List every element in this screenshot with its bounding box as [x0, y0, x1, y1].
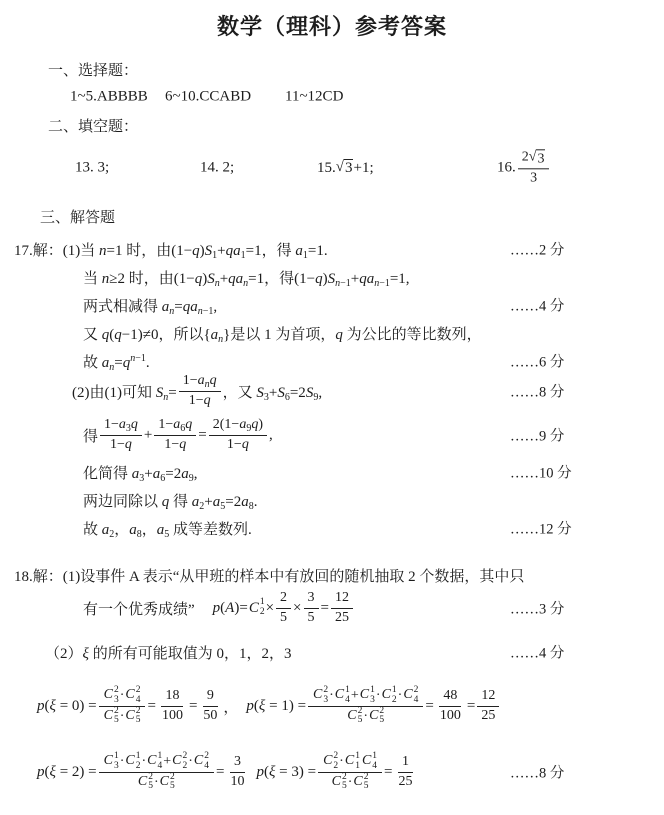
sqrt-expression: √3	[529, 149, 546, 168]
fraction-numerator: C22·C11C14	[318, 752, 382, 773]
combination-supsub: 24	[136, 686, 141, 706]
fraction-numerator: 48	[439, 687, 461, 706]
fraction: C23·C14+C13·C12·C24C25·C25	[308, 686, 423, 727]
section-heading-fill-in-blank: 二、填空题：	[0, 114, 664, 136]
line-content: 故 a2，a8，a5 成等差数列.	[83, 518, 252, 539]
combination-symbol: C25	[347, 707, 362, 727]
q17-line-2: 当 n≥2 时，由(1−q)Sn+qan=1，得(1−q)Sn−1+qan−1=…	[0, 266, 664, 288]
line-content: 当 n≥2 时，由(1−q)Sn+qan=1，得(1−q)Sn−1+qan−1=…	[83, 267, 410, 288]
text-run: p(ξ = 2) =	[37, 764, 97, 781]
score-mark: ……12 分	[510, 518, 572, 539]
math-variable: a	[198, 373, 205, 388]
math-variable: a	[129, 522, 137, 538]
math-variable: n	[198, 306, 203, 317]
math-variable: C	[125, 686, 134, 704]
text-run: p(ξ = 1) =	[246, 698, 306, 715]
text-run: 两边同除以 q 得 a2+a5=2a8.	[83, 490, 257, 511]
text-run: 5	[358, 716, 363, 726]
subscript: 8	[249, 501, 254, 512]
text-run: ·	[141, 753, 146, 768]
answer-item: 1~5.ABBBB	[70, 89, 148, 106]
math-variable: C	[335, 686, 344, 704]
fraction-denominator: 25	[395, 773, 417, 791]
fraction-numerator: 2	[276, 589, 291, 608]
math-variable: C	[382, 686, 391, 704]
fraction: 1−a6q1−q	[154, 416, 196, 453]
math-variable: C	[323, 752, 332, 770]
text-run: ·	[120, 708, 125, 723]
text-run: =	[425, 698, 433, 715]
text-run: ,	[269, 427, 273, 444]
text-run: 3	[370, 696, 375, 706]
q18-line-2: 有一个优秀成绩”p(A)=C12×25×35=1225……3 分	[0, 585, 664, 631]
subscript: n−1	[335, 278, 351, 289]
combination-supsub: 23	[323, 686, 328, 706]
math-variable: qa	[228, 271, 243, 287]
combination-symbol: C25	[138, 773, 153, 793]
text-run: 2	[522, 149, 529, 164]
math-variable: n	[218, 334, 223, 345]
text-run: 得	[83, 425, 98, 446]
fraction-numerator: 12	[477, 687, 499, 706]
math-variable: C	[249, 600, 259, 617]
q18-line-3: （2）ξ 的所有可能取值为 0，1，2，3……4 分	[0, 641, 664, 663]
text-run: 5	[114, 716, 119, 726]
score-mark: ……2 分	[510, 239, 564, 260]
fraction-denominator: 25	[331, 609, 353, 627]
text-run: 6~10.CCABD	[165, 89, 251, 106]
fraction-denominator: 25	[477, 707, 499, 725]
math-variable: n	[169, 306, 174, 317]
math-variable: n	[374, 278, 379, 289]
fraction: C13·C12·C14+C22·C24C25·C25	[99, 752, 214, 793]
combination-supsub: 12	[260, 598, 265, 618]
line-content: 有一个优秀成绩”p(A)=C12×25×35=1225	[83, 589, 355, 626]
fraction-denominator: 100	[436, 707, 465, 725]
text-run: ，又 S3+S6=2S9,	[223, 381, 322, 402]
combination-supsub: 25	[364, 773, 369, 793]
math-variable: qa	[359, 271, 374, 287]
text-run: 2	[392, 696, 397, 706]
math-variable: A	[225, 600, 234, 616]
line-content: 二、填空题：	[48, 115, 138, 136]
combination-symbol: C14	[362, 752, 377, 772]
fraction: 950	[199, 687, 221, 724]
text-run: ·	[154, 774, 159, 789]
sqrt-expression: √3	[336, 159, 354, 177]
text-run: 5	[136, 716, 141, 726]
text-run: 14. 2;	[200, 160, 234, 177]
subscript: 1	[241, 250, 246, 261]
text-run: +	[144, 427, 152, 444]
math-variable: n	[130, 353, 135, 364]
fraction: 1225	[331, 589, 353, 626]
text-run: 4	[136, 696, 141, 706]
math-variable: ξ	[50, 764, 56, 780]
text-run: 2	[182, 762, 187, 772]
text-run: 13. 3;	[75, 160, 109, 177]
math-variable: p	[256, 764, 264, 780]
subscript: 1	[212, 250, 217, 261]
text-run: 3	[323, 696, 328, 706]
math-variable: C	[194, 752, 203, 770]
score-mark: ……9 分	[510, 425, 564, 446]
text-run: 5	[342, 782, 347, 792]
text-run: 4	[204, 762, 209, 772]
fraction: 18100	[158, 687, 187, 724]
text-run: 4	[345, 696, 350, 706]
text-run: 化简得 a3+a6=2a9,	[83, 462, 197, 483]
combination-supsub: 12	[392, 686, 397, 706]
subscript: n	[215, 278, 220, 289]
text-run: p(ξ = 0) =	[37, 698, 97, 715]
math-variable: q	[315, 271, 323, 287]
fraction-numerator: 12	[331, 589, 353, 608]
line-content: 又 q(q−1)≠0，所以{an}是以 1 为首项，q 为公比的等比数列，	[83, 323, 482, 344]
math-variable: n	[243, 278, 248, 289]
text-run: ·	[120, 687, 125, 702]
combination-supsub: 25	[148, 773, 153, 793]
combination-symbol: C25	[332, 773, 347, 793]
line-content: p(ξ = 0) = C23·C24C25·C25 = 18100 = 950，…	[37, 686, 501, 727]
text-run: p(A)=	[213, 600, 248, 617]
text-run: 4	[372, 762, 377, 772]
fraction-numerator: C23·C14+C13·C12·C24	[308, 686, 423, 707]
combination-symbol: C25	[369, 707, 384, 727]
combination-supsub: 24	[414, 686, 419, 706]
math-variable: n	[163, 392, 168, 403]
math-variable: q	[242, 437, 249, 452]
text-run: 2	[260, 608, 265, 618]
math-variable: C	[345, 752, 354, 770]
text-run: 11~12CD	[285, 89, 343, 106]
subscript: n	[218, 334, 223, 345]
subscript: 2	[199, 501, 204, 512]
q17-line-4: 又 q(q−1)≠0，所以{an}是以 1 为首项，q 为公比的等比数列，	[0, 322, 664, 344]
math-variable: p	[246, 698, 254, 714]
text-run: 5	[170, 782, 175, 792]
text-run: 3	[114, 696, 119, 706]
subscript: n	[205, 379, 210, 390]
fraction-denominator: C25·C25	[342, 707, 389, 727]
score-mark: ……8 分	[510, 381, 564, 402]
answer-item: 6~10.CCABD	[165, 89, 251, 106]
q18-line-1: 18.解：(1)设事件 A 表示“从甲班的样本中有放回的随机抽取 2 个数据，其…	[0, 564, 664, 586]
fraction: 2(1−a9q)1−q	[209, 416, 267, 453]
combination-symbol: C22	[323, 752, 338, 772]
text-run: 3	[114, 762, 119, 772]
text-run: 当 n≥2 时，由(1−q)Sn+qan=1，得(1−q)Sn−1+qan−1=…	[83, 267, 410, 288]
combination-symbol: C24	[194, 752, 209, 772]
text-run: 4	[414, 696, 419, 706]
line-content: (2)由(1)可知 Sn=1−anq1−q，又 S3+S6=2S9,	[72, 372, 322, 409]
text-run: +1;	[353, 160, 373, 177]
line-content: 化简得 a3+a6=2a9,	[83, 462, 197, 483]
text-run: 一、选择题：	[48, 59, 138, 80]
fraction-denominator: 10	[226, 773, 248, 791]
line-content: 两边同除以 q 得 a2+a5=2a8.	[83, 490, 257, 511]
text-run: ×	[266, 600, 274, 617]
math-variable: a	[181, 466, 189, 482]
combination-symbol: C14	[335, 686, 350, 706]
text-run: ·	[363, 708, 368, 723]
text-run: 5	[379, 716, 384, 726]
fraction-denominator: 3	[526, 170, 541, 188]
combination-supsub: 13	[370, 686, 375, 706]
q17-line-9: 两边同除以 q 得 a2+a5=2a8.	[0, 489, 664, 511]
subscript: 6	[160, 473, 165, 484]
fraction: 1225	[477, 687, 499, 724]
text-run: ×	[293, 600, 301, 617]
text-run: 1	[355, 762, 360, 772]
math-variable: a	[119, 417, 126, 432]
subscript: 3	[126, 423, 131, 434]
combination-symbol: C12	[125, 752, 140, 772]
combination-supsub: 14	[372, 752, 377, 772]
math-variable: C	[138, 773, 147, 791]
text-run: ·	[120, 753, 125, 768]
combination-symbol: C22	[172, 752, 187, 772]
fraction-denominator: 50	[199, 707, 221, 725]
fraction-numerator: C13·C12·C14+C22·C24	[99, 752, 214, 773]
math-variable: C	[147, 752, 156, 770]
math-variable: qa	[183, 299, 198, 315]
answer-item: 13. 3;	[75, 160, 109, 177]
text-run: 2	[136, 762, 141, 772]
combination-symbol: C24	[403, 686, 418, 706]
text-run: =	[216, 764, 224, 781]
score-mark: ……3 分	[510, 598, 564, 619]
math-variable: C	[172, 752, 181, 770]
fraction-numerator: C23·C24	[99, 686, 146, 707]
math-variable: a	[241, 494, 249, 510]
superscript: n−1	[130, 353, 146, 364]
q17-line-3: 两式相减得 an=qan−1,……4 分	[0, 294, 664, 316]
fraction-numerator: 1−a3q	[100, 416, 142, 435]
text-run: =	[467, 698, 475, 715]
radicand: 3	[344, 159, 354, 177]
subscript: 5	[220, 501, 225, 512]
subscript: 9	[246, 423, 251, 434]
combination-supsub: 14	[157, 752, 162, 772]
math-variable: ξ	[83, 646, 89, 662]
text-run: ，	[223, 696, 238, 717]
text-run: 两式相减得 an=qan−1,	[83, 295, 217, 316]
text-run: 1~5.ABBBB	[70, 89, 148, 106]
fraction: 2√33	[518, 148, 550, 187]
math-variable: q	[102, 327, 110, 343]
answer-item: 11~12CD	[285, 89, 343, 106]
fraction-numerator: 2√3	[518, 148, 550, 169]
combination-supsub: 22	[182, 752, 187, 772]
text-run: 18.解：(1)设事件 A 表示“从甲班的样本中有放回的随机抽取 2 个数据，其…	[14, 565, 524, 586]
combination-symbol: C12	[382, 686, 397, 706]
answer-item: 16.2√33	[497, 148, 551, 187]
line-content: 得1−a3q1−q+1−a6q1−q=2(1−a9q)1−q,	[83, 416, 273, 453]
text-run: =	[189, 698, 197, 715]
line-content: 一、选择题：	[48, 59, 138, 80]
fraction-numerator: 1−anq	[179, 372, 221, 391]
subscript: 8	[137, 529, 142, 540]
fraction-denominator: C25·C25	[133, 773, 180, 793]
subscript: 3	[139, 473, 144, 484]
math-variable: q	[131, 417, 138, 432]
text-run: +	[163, 753, 171, 768]
math-variable: C	[125, 752, 134, 770]
subscript: n	[163, 392, 168, 403]
subscript: 6	[180, 423, 185, 434]
fraction-denominator: 100	[158, 707, 187, 725]
fraction: C22·C11C14C25·C25	[318, 752, 382, 793]
math-variable: C	[313, 686, 322, 704]
fraction-denominator: 1−q	[160, 436, 190, 454]
fraction-numerator: 18	[161, 687, 183, 706]
fraction-denominator: 1−q	[106, 436, 136, 454]
q17-line-10: 故 a2，a8，a5 成等差数列.……12 分	[0, 517, 664, 539]
text-run: 16.	[497, 160, 516, 177]
text-run: ·	[329, 687, 334, 702]
text-run: =	[198, 427, 206, 444]
combination-symbol: C11	[345, 752, 360, 772]
fraction: 310	[226, 753, 248, 790]
math-variable: S	[207, 271, 215, 287]
multiple-choice-answers: 1~5.ABBBB6~10.CCABD11~12CD	[0, 86, 664, 108]
text-run: =	[321, 600, 329, 617]
combination-supsub: 25	[136, 707, 141, 727]
text-run: ·	[188, 753, 193, 768]
text-run: 15.	[317, 160, 336, 177]
math-variable: ξ	[259, 698, 265, 714]
line-content: （2）ξ 的所有可能取值为 0，1，2，3	[45, 642, 291, 663]
math-variable: p	[37, 698, 45, 714]
fraction-numerator: 9	[203, 687, 218, 706]
math-variable: n	[99, 243, 107, 259]
math-variable: ξ	[50, 698, 56, 714]
text-run: =	[147, 698, 155, 715]
combination-supsub: 24	[204, 752, 209, 772]
text-run: ·	[398, 687, 403, 702]
fraction-denominator: 5	[304, 609, 319, 627]
line-content: 两式相减得 an=qan−1,	[83, 295, 217, 316]
combination-supsub: 22	[333, 752, 338, 772]
text-run: 2	[333, 762, 338, 772]
math-variable: C	[347, 707, 356, 725]
fraction-numerator: 3	[230, 753, 245, 772]
subscript: 2	[109, 529, 114, 540]
q18-line-4: p(ξ = 0) = C23·C24C25·C25 = 18100 = 950，…	[0, 678, 664, 734]
math-variable: q	[195, 271, 203, 287]
combination-symbol: C12	[249, 598, 265, 618]
math-variable: S	[328, 271, 336, 287]
section-heading-solutions: 三、解答题	[0, 205, 664, 227]
answer-item: 14. 2;	[200, 160, 234, 177]
subscript: n	[169, 306, 174, 317]
text-run: ·	[339, 753, 344, 768]
fraction-denominator: 1−q	[223, 436, 253, 454]
section-heading-multiple-choice: 一、选择题：	[0, 58, 664, 80]
combination-supsub: 25	[342, 773, 347, 793]
text-run: ·	[376, 687, 381, 702]
q17-line-1: 17.解：(1)当 n=1 时，由(1−q)S1+qa1=1，得 a1=1.………	[0, 238, 664, 260]
math-variable: q	[185, 417, 192, 432]
math-variable: C	[125, 707, 134, 725]
math-variable: q	[162, 494, 170, 510]
text-run: 三、解答题	[40, 206, 115, 227]
combination-symbol: C14	[147, 752, 162, 772]
math-variable: a	[295, 243, 303, 259]
math-variable: n	[205, 379, 210, 390]
combination-supsub: 23	[114, 686, 119, 706]
text-run: 有一个优秀成绩”	[83, 598, 195, 619]
math-variable: p	[37, 764, 45, 780]
math-variable: C	[353, 773, 362, 791]
text-run: 5	[148, 782, 153, 792]
text-run: (2)由(1)可知 Sn=	[72, 381, 177, 402]
subscript: 5	[164, 529, 169, 540]
math-variable: C	[362, 752, 371, 770]
subscript: 6	[285, 392, 290, 403]
fraction: C23·C24C25·C25	[99, 686, 146, 727]
answer-item: 15. √3+1;	[317, 159, 374, 177]
math-variable: p	[213, 600, 221, 616]
combination-symbol: C13	[104, 752, 119, 772]
combination-symbol: C23	[104, 686, 119, 706]
subscript: 3	[264, 392, 269, 403]
fraction: 125	[395, 753, 417, 790]
fraction: 35	[304, 589, 319, 626]
subscript: 9	[313, 392, 318, 403]
math-variable: C	[160, 773, 169, 791]
line-content: 17.解：(1)当 n=1 时，由(1−q)S1+qa1=1，得 a1=1.	[14, 239, 328, 260]
fraction-numerator: 1	[398, 753, 413, 772]
math-variable: C	[332, 773, 341, 791]
fraction-denominator: C25·C25	[327, 773, 374, 793]
score-mark: ……4 分	[510, 295, 564, 316]
math-variable: q	[114, 327, 122, 343]
combination-supsub: 25	[379, 707, 384, 727]
combination-symbol: C23	[313, 686, 328, 706]
score-mark: ……4 分	[510, 642, 564, 663]
fraction-denominator: C25·C25	[99, 707, 146, 727]
fraction-numerator: 2(1−a9q)	[209, 416, 267, 435]
math-variable: q	[210, 373, 217, 388]
text-run: p(ξ = 3) =	[256, 764, 316, 781]
fraction-numerator: 3	[304, 589, 319, 608]
math-variable: q	[179, 437, 186, 452]
math-variable: C	[104, 686, 113, 704]
fraction-denominator: 1−q	[185, 392, 215, 410]
text-run: 17.解：(1)当 n=1 时，由(1−q)S1+qa1=1，得 a1=1.	[14, 239, 328, 260]
fraction-denominator: 5	[276, 609, 291, 627]
math-variable: C	[104, 752, 113, 770]
fraction: 1−a3q1−q	[100, 416, 142, 453]
radical-icon: √	[529, 149, 537, 168]
q17-line-8: 化简得 a3+a6=2a9,……10 分	[0, 461, 664, 483]
q17-line-7: 得1−a3q1−q+1−a6q1−q=2(1−a9q)1−q,……9 分	[0, 412, 664, 458]
combination-symbol: C25	[160, 773, 175, 793]
fraction-numerator: 1−a6q	[154, 416, 196, 435]
score-mark: ……8 分	[510, 762, 564, 783]
text-run: （2）ξ 的所有可能取值为 0，1，2，3	[45, 642, 291, 663]
math-variable: C	[360, 686, 369, 704]
q17-line-6: (2)由(1)可知 Sn=1−anq1−q，又 S3+S6=2S9,……8 分	[0, 368, 664, 414]
math-variable: n	[215, 278, 220, 289]
combination-supsub: 11	[355, 752, 360, 772]
subscript: n−1	[374, 278, 390, 289]
math-variable: q	[251, 417, 258, 432]
combination-symbol: C24	[125, 686, 140, 706]
math-variable: n	[335, 278, 340, 289]
